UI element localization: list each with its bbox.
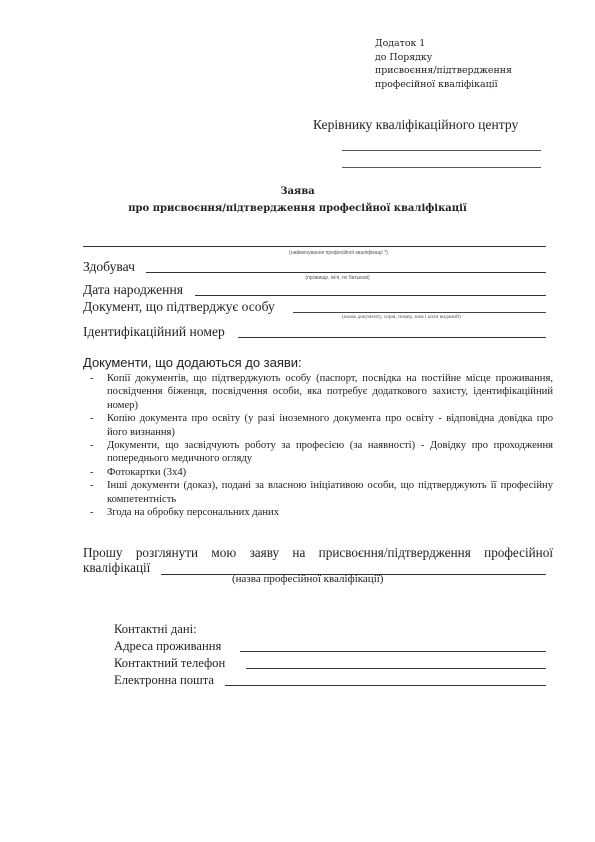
list-item: -Копії документів, що підтверджують особ… (90, 372, 553, 412)
email-field[interactable] (225, 685, 546, 686)
request-qualification-hint: (назва професійної кваліфікації) (232, 573, 383, 585)
list-item: -Документи, що засвідчують роботу за про… (90, 439, 553, 466)
list-item: -Інші документи (доказ), подані за власн… (90, 479, 553, 506)
documents-title: Документи, що додаються до заяви: (83, 355, 302, 370)
applicant-name-hint: (прізвище, ім'я, по батькові) (0, 275, 595, 281)
phone-field[interactable] (246, 668, 546, 669)
qualification-name-hint: (найменування професійної кваліфікації *… (0, 250, 595, 256)
email-label: Електронна пошта (114, 673, 214, 688)
id-document-hint: (назва документу, серія, номер, ким і ко… (342, 314, 461, 320)
birth-date-label: Дата народження (83, 282, 183, 298)
address-field[interactable] (240, 651, 546, 652)
request-text: Прошу розглянути мою заяву на присвоєння… (83, 545, 553, 575)
document-title: Заява (0, 186, 595, 197)
annex-line: професійної кваліфікації (375, 78, 512, 92)
documents-list: -Копії документів, що підтверджують особ… (90, 372, 553, 519)
birth-date-field[interactable] (195, 295, 546, 296)
list-item: -Копію документа про освіту (у разі іноз… (90, 412, 553, 439)
contacts-title: Контактні дані: (114, 622, 197, 637)
annex-header: Додаток 1 до Порядку присвоєння/підтверд… (375, 37, 512, 91)
addressee-field-2[interactable] (342, 167, 541, 168)
id-document-label: Документ, що підтверджує особу (83, 299, 275, 315)
document-subtitle: про присвоєння/підтвердження професійної… (0, 203, 595, 214)
id-document-field[interactable] (293, 312, 546, 313)
address-label: Адреса проживання (114, 639, 221, 654)
tax-id-field[interactable] (238, 337, 546, 338)
list-item: -Фотокартки (3х4) (90, 466, 553, 479)
annex-line: до Порядку (375, 51, 512, 65)
qualification-name-field[interactable] (83, 246, 546, 247)
addressee-field-1[interactable] (342, 150, 541, 151)
addressee-label: Керівнику кваліфікаційного центру (313, 117, 518, 133)
list-item: -Згода на обробку персональних даних (90, 506, 553, 519)
tax-id-label: Ідентифікаційний номер (83, 324, 225, 340)
annex-line: Додаток 1 (375, 37, 512, 51)
applicant-label: Здобувач (83, 259, 135, 275)
phone-label: Контактний телефон (114, 656, 225, 671)
applicant-name-field[interactable] (146, 272, 546, 273)
annex-line: присвоєння/підтвердження (375, 64, 512, 78)
